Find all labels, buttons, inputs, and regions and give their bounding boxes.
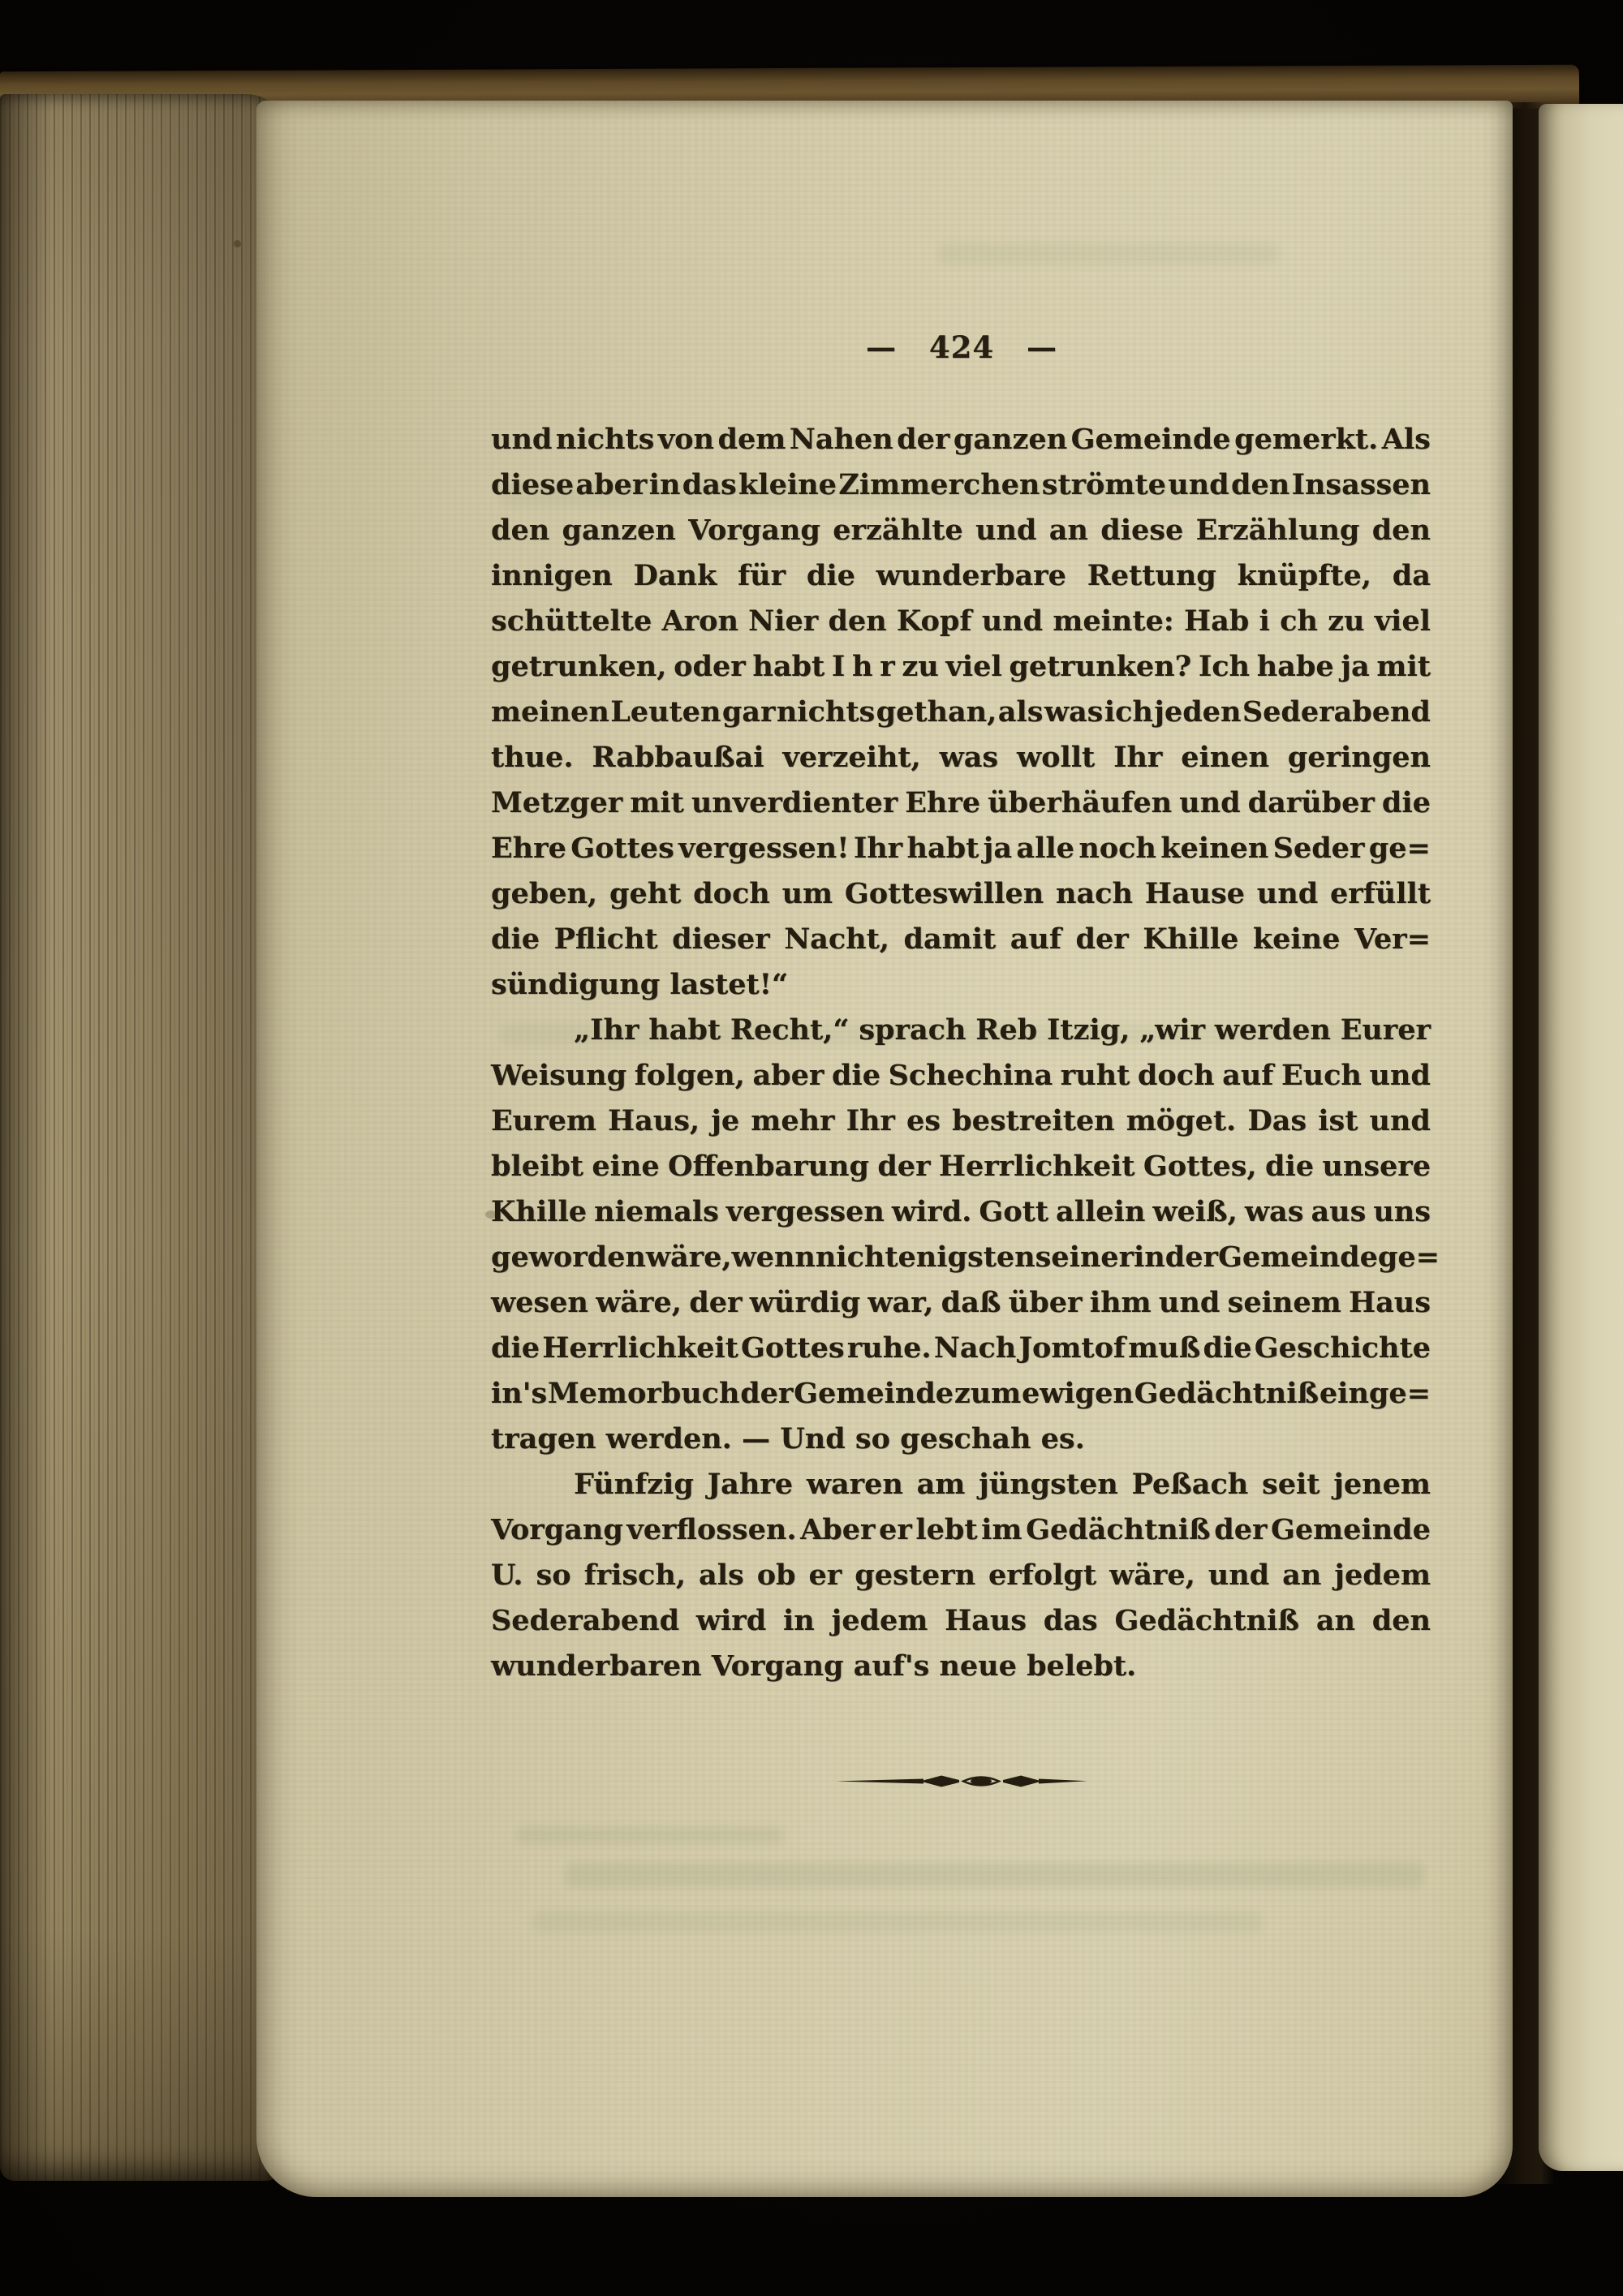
text-line: diePflichtdieserNacht,damitaufderKhillek… bbox=[491, 917, 1431, 962]
text-line: denganzenVorgangerzählteundandieseErzähl… bbox=[491, 508, 1431, 553]
text-line: wesenwäre,derwürdigwar,daßüberihmundsein… bbox=[491, 1280, 1431, 1326]
divider-glyphs bbox=[836, 1776, 1087, 1787]
page-number-header: — 424 — bbox=[491, 329, 1432, 365]
text-line: EhreGottesvergessen!Ihrhabtjaallenochkei… bbox=[491, 826, 1431, 871]
text-line: schüttelteAronNierdenKopfundmeinte:Habic… bbox=[491, 599, 1431, 644]
text-line: Vorgangverflossen.AbererlebtimGedächtniß… bbox=[491, 1507, 1431, 1553]
show-through-ghost bbox=[532, 1911, 1263, 1933]
text-line: wunderbaren Vorgang auf's neue belebt. bbox=[491, 1644, 1431, 1689]
next-page-edge bbox=[1539, 104, 1623, 2171]
text-line: „IhrhabtRecht,“sprachRebItzig,„wirwerden… bbox=[491, 1008, 1431, 1053]
text-line: meinenLeutengarnichtsgethan,alswasichjed… bbox=[491, 690, 1431, 735]
text-line: undnichtsvondemNahenderganzenGemeindegem… bbox=[491, 417, 1431, 462]
text-line: SederabendwirdinjedemHausdasGedächtnißan… bbox=[491, 1598, 1431, 1644]
show-through-ghost bbox=[516, 1827, 784, 1843]
text-line: dieseaberindaskleineZimmerchenströmteund… bbox=[491, 462, 1431, 508]
text-line: getrunken,oderhabtIhrzuvielgetrunken?Ich… bbox=[491, 644, 1431, 690]
text-line: U.sofrisch,alsobergesternerfolgtwäre,und… bbox=[491, 1553, 1431, 1598]
text-line: thue.Rabbaußaiverzeiht,waswolltIhreineng… bbox=[491, 735, 1431, 780]
page-text: undnichtsvondemNahenderganzenGemeindegem… bbox=[491, 417, 1431, 1689]
text-line: gewordenwäre,wennnichtenigstenseinerinde… bbox=[491, 1235, 1431, 1280]
show-through-ghost bbox=[564, 1863, 1425, 1887]
text-line: MetzgermitunverdienterEhreüberhäufenundd… bbox=[491, 780, 1431, 826]
text-line: Khilleniemalsvergessenwird.Gottalleinwei… bbox=[491, 1189, 1431, 1235]
text-line: tragen werden. — Und so geschah es. bbox=[491, 1417, 1431, 1462]
text-line: EuremHaus,jemehrIhresbestreitenmöget.Das… bbox=[491, 1099, 1431, 1144]
text-line: bleibteineOffenbarungderHerrlichkeitGott… bbox=[491, 1144, 1431, 1189]
paper-speck bbox=[234, 240, 241, 247]
text-line: dieHerrlichkeitGottesruhe.NachJomtofmußd… bbox=[491, 1326, 1431, 1371]
text-line: innigenDankfürdiewunderbareRettungknüpft… bbox=[491, 553, 1431, 599]
scanned-book-photo: — 424 — undnichtsvondemNahenderganzenGem… bbox=[0, 0, 1623, 2296]
fore-edge-page-stack bbox=[0, 94, 286, 2181]
text-line: geben,gehtdochumGotteswillennachHauseund… bbox=[491, 871, 1431, 917]
text-line: FünfzigJahrewarenamjüngstenPeßachseitjen… bbox=[491, 1462, 1431, 1507]
text-line: sündigung lastet!“ bbox=[491, 962, 1431, 1008]
section-divider-ornament bbox=[836, 1769, 1087, 1793]
show-through-ghost bbox=[938, 243, 1279, 264]
text-line: in'sMemorbuchderGemeindezumewigenGedächt… bbox=[491, 1371, 1431, 1417]
text-line: Weisungfolgen,aberdieSchechinaruhtdochau… bbox=[491, 1053, 1431, 1099]
